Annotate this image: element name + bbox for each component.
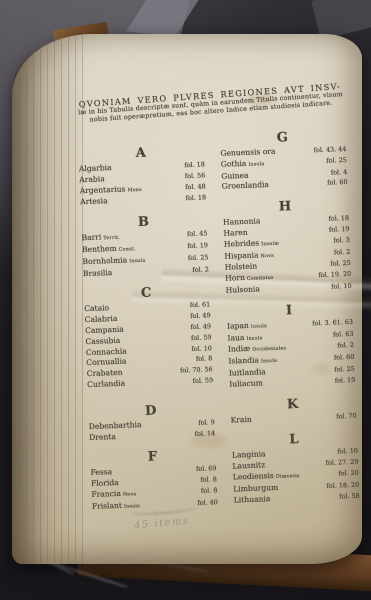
entry-name: Connachia <box>86 346 127 357</box>
entry-name: ArgentariusMons <box>80 183 142 197</box>
entry-folio: fol. 4 <box>331 168 348 178</box>
entry-name: Groenlandia <box>222 180 270 192</box>
photo-background: QVONIAM VERO PLVRES REGIONES AVT INSV- l… <box>0 0 371 600</box>
entry-folio: fol. 60 <box>327 178 348 189</box>
entry-folio: fol. 59 <box>193 376 214 387</box>
entry-name: Krain <box>230 414 252 425</box>
entry-qualifier: Insulæ <box>261 241 279 247</box>
entry-folio: fol. 3 <box>333 236 350 246</box>
entry-name: Cornuallia <box>86 357 126 368</box>
entry-folio: fol. 43. 44 <box>314 145 347 156</box>
entry-qualifier: Diœcesis <box>276 474 300 480</box>
entry-qualifier: Nova <box>123 492 137 498</box>
entry-folio: fol. 3. 61. 63 <box>312 318 353 329</box>
entry-folio: fol. 10 <box>337 447 358 458</box>
entry-folio: fol. 19 <box>187 241 208 252</box>
entry-folio: fol. 9 <box>198 418 215 428</box>
entry-folio: fol. 27. 29 <box>326 458 359 469</box>
handwritten-note: 45 items <box>134 516 190 532</box>
entry-name: Lithuania <box>234 494 271 505</box>
entry-name: Guinea <box>221 170 249 181</box>
entry-name: Hannonia <box>223 217 261 228</box>
entry-name: Holstein <box>225 262 258 273</box>
entry-folio: fol. 25 <box>326 156 347 167</box>
entry-qualifier: Insula <box>261 359 277 365</box>
entry-folio: fol. 2 <box>334 247 351 257</box>
entry-name: Curlandia <box>87 379 125 390</box>
entry-folio: fol. 14 <box>195 429 216 440</box>
entry-folio: fol. 2 <box>337 341 354 351</box>
index-columns: AAlgarbiafol. 18Arabiafol. 56Argentarius… <box>78 125 360 514</box>
entry-folio: fol. 49 <box>190 322 211 333</box>
entry-folio: fol. 18 <box>184 160 205 171</box>
book-page: QVONIAM VERO PLVRES REGIONES AVT INSV- l… <box>12 34 362 564</box>
entry-folio: fol. 61 <box>190 301 211 312</box>
entry-qualifier: Comit. <box>119 247 136 253</box>
entry-folio: fol. 70. 56 <box>180 365 213 376</box>
entry-name: GothiaInsula <box>221 158 265 171</box>
page-gutter-edges <box>12 34 86 564</box>
entry-folio: fol. 19. 20 <box>318 270 351 281</box>
entry-qualifier: Insula <box>246 336 262 342</box>
index-column-right: GGenuensis orafol. 43. 44GothiaInsulafol… <box>219 125 359 508</box>
index-section: LLanginiafol. 10Lausnitzfol. 27. 29Leodi… <box>231 431 360 506</box>
index-section: AAlgarbiafol. 18Arabiafol. 56Argentarius… <box>78 144 206 208</box>
entry-folio: fol. 8 <box>196 355 213 365</box>
index-section: HHannoniafol. 18Harenfol. 19HebridesInsu… <box>222 198 351 296</box>
entry-folio: fol. 40 <box>197 498 218 509</box>
entry-folio: fol. 25 <box>330 259 351 270</box>
index-heading: QVONIAM VERO PLVRES REGIONES AVT INSV- l… <box>76 81 345 126</box>
entry-qualifier: Insula <box>129 259 145 265</box>
entry-folio: fol. 70 <box>336 411 357 422</box>
entry-folio: fol. 10 <box>331 282 352 293</box>
entry-folio: fol. 2 <box>192 265 209 275</box>
entry-name: Genuensis ora <box>220 147 275 159</box>
entry-folio: fol. 19 <box>335 376 356 387</box>
entry-name: Artesia <box>80 197 108 208</box>
index-entry: Krainfol. 70 <box>230 410 356 426</box>
entry-name: Drenta <box>89 432 116 443</box>
entry-name: BornholmiaInsula <box>82 255 145 269</box>
entry-name: Iuitlandia <box>229 367 266 378</box>
index-content: QVONIAM VERO PLVRES REGIONES AVT INSV- l… <box>76 85 360 514</box>
index-section: DDebenbarthiafol. 9Drentafol. 14 <box>88 402 215 443</box>
entry-folio: fol. 60 <box>334 353 355 364</box>
entry-folio: fol. 10 <box>191 344 212 355</box>
entry-qualifier: Comitatus <box>247 276 274 282</box>
entry-name: IslandiaInsula <box>228 355 277 369</box>
index-section: KKrainfol. 70 <box>230 395 357 426</box>
entry-folio: fol. 25 <box>334 365 355 376</box>
entry-name: Debenbarthia <box>89 420 142 432</box>
entry-folio: fol. 49 <box>190 311 211 322</box>
entry-name: HispaniaNova <box>224 249 274 263</box>
entry-name: Cataio <box>84 304 109 315</box>
entry-folio: fol. 8 <box>200 475 217 485</box>
entry-name: Limburgum <box>233 483 278 495</box>
entry-qualifier: Territ. <box>103 236 120 242</box>
entry-qualifier: Mons <box>127 187 141 193</box>
entry-name: Fessa <box>90 468 112 479</box>
entry-name: Crabaten <box>87 368 123 379</box>
index-section: FFessafol. 69Floridafol. 8FranciaNovafol… <box>90 449 218 514</box>
entry-folio: fol. 25 <box>188 253 209 264</box>
entry-qualifier: Nova <box>260 253 274 259</box>
index-section: IIapanInsulafol. 3. 61. 63IauaInsulafol.… <box>226 302 355 391</box>
entry-folio: fol. 19 <box>329 225 350 236</box>
entry-name: Brasilia <box>83 268 113 279</box>
entry-name: Calabria <box>85 314 118 325</box>
entry-name: HornComitatus <box>225 272 274 286</box>
entry-folio: fol. 48 <box>185 182 206 193</box>
entry-folio: fol. 69 <box>196 465 217 476</box>
entry-qualifier: Insula <box>248 162 264 168</box>
entry-folio: fol. 18 <box>328 214 349 225</box>
entry-folio: fol. 45 <box>187 230 208 241</box>
entry-folio: fol. 20 <box>338 469 359 480</box>
entry-name: Cassubia <box>85 336 120 347</box>
entry-folio: fol. 18. 20 <box>326 480 359 491</box>
entry-name: Algarbia <box>79 163 112 174</box>
entry-folio: fol. 58 <box>339 491 360 502</box>
entry-name: Florida <box>91 478 119 489</box>
index-section: CCataiofol. 61Calabriafol. 49Campaniafol… <box>84 285 214 391</box>
entry-folio: fol. 59 <box>191 333 212 344</box>
entry-folio: fol. 18 <box>186 194 207 205</box>
entry-folio: fol. 8 <box>201 486 218 496</box>
entry-name: Hulsonia <box>225 284 260 295</box>
index-section: GGenuensis orafol. 43. 44GothiaInsulafol… <box>220 129 348 193</box>
entry-name: Campania <box>85 325 124 336</box>
entry-folio: fol. 63 <box>333 329 354 340</box>
entry-name: Haren <box>223 228 248 239</box>
entry-name: Arabia <box>79 174 105 185</box>
index-column-left: AAlgarbiafol. 18Arabiafol. 56Argentarius… <box>78 130 218 513</box>
entry-name: Iuliacum <box>229 378 263 389</box>
entry-qualifier: Insula <box>251 324 267 330</box>
index-section: BBarriTerrit.fol. 45BenthemComit.fol. 19… <box>81 214 209 280</box>
entry-name: Langinia <box>232 450 266 461</box>
entry-qualifier: Occidentales <box>252 347 286 353</box>
entry-name: Lausnitz <box>232 460 265 471</box>
entry-folio: fol. 56 <box>185 171 206 182</box>
